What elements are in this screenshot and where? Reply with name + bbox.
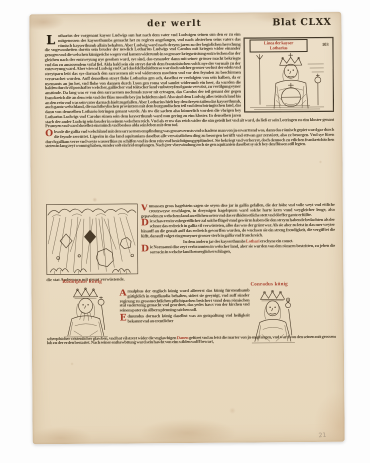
left-king-caption: Rodolphus künig: [62, 280, 102, 285]
portrait-name: Lotharius: [251, 45, 307, 51]
rubric-initial-V: V: [141, 204, 148, 213]
lotharius-portrait-woodcut: Linea der kayser Lotharius 103: [244, 37, 335, 113]
paragraph-normanni-text: ie Normanni dise zeyt verbrannten in wel…: [150, 243, 335, 254]
paragraph-normanni: Die Normanni dise zeyt verbrannten in we…: [141, 244, 335, 255]
paragraph-hailstones: Vnmassen gross hagelstein sagen sie seye…: [141, 203, 335, 219]
paragraph-locusts-text: ie schawren in vnbegreiflicher zal solch…: [141, 217, 335, 238]
paragraph-hailstones-text: nmassen gross hagelstein sagen sie seyen…: [141, 203, 335, 218]
paragraph-arnulphus-text: rnulphus der englisch künig ward allerer…: [120, 289, 250, 313]
portrait-number: 103: [322, 43, 329, 48]
photo-of-incunable-page: der werlt Blat CLXX Linea der kayser Lot…: [0, 0, 370, 463]
emperor-figure-woodcut: [246, 52, 328, 111]
paragraph-edmundus-column-text: dmundus dornach künig daselbst was an go…: [127, 312, 249, 323]
rubric-initial-A: A: [119, 289, 126, 298]
paragraph-arnulphus: Arnulphus der englisch künig ward allere…: [119, 289, 249, 314]
folio-number: Blat CLXX: [272, 17, 331, 28]
portrait-caption: Linea der kayser Lotharius 103: [246, 39, 332, 53]
paragraph-gallia-text: bwole die gallia vnd welschland mit den …: [45, 127, 334, 149]
king-rodolphus-woodcut: [55, 286, 115, 338]
paragraph-gallia: Obwole die gallia vnd welschland mit den…: [45, 128, 334, 149]
rubric-initial-O2: D: [141, 245, 149, 254]
running-title: der werlt: [44, 18, 304, 30]
rubric-initial-E: E: [120, 314, 127, 323]
woodcut-initial-L: L: [44, 34, 56, 47]
rubric-initial-D: D: [141, 220, 149, 229]
paragraph-locusts: Die schawren in vnbegreiflicher zal solc…: [141, 218, 335, 239]
chronicle-page: der werlt Blat CLXX Linea der kayser Lot…: [29, 12, 344, 444]
storm-column-text: Vnmassen gross hagelstein sagen sie seye…: [141, 203, 336, 280]
portrait-caption-box: Linea der kayser Lotharius: [250, 39, 308, 52]
rubric-initial-O: O: [45, 130, 53, 139]
center-column-text: Arnulphus der englisch künig ward allere…: [119, 289, 249, 336]
pencil-annotation: 21: [318, 432, 326, 440]
paragraph-edmundus-fullwidth: scherpfsicher cristenlicher glawben, vnd…: [47, 334, 336, 351]
paragraph-edmundus: Edmundus dornach künig daselbst was an g…: [120, 313, 250, 324]
main-text-block: Linea der kayser Lotharius 103: [44, 32, 334, 217]
hailstorm-scene: [46, 203, 139, 277]
hailstorm-woodcut: [46, 203, 139, 277]
king-bust-left: [55, 286, 115, 338]
